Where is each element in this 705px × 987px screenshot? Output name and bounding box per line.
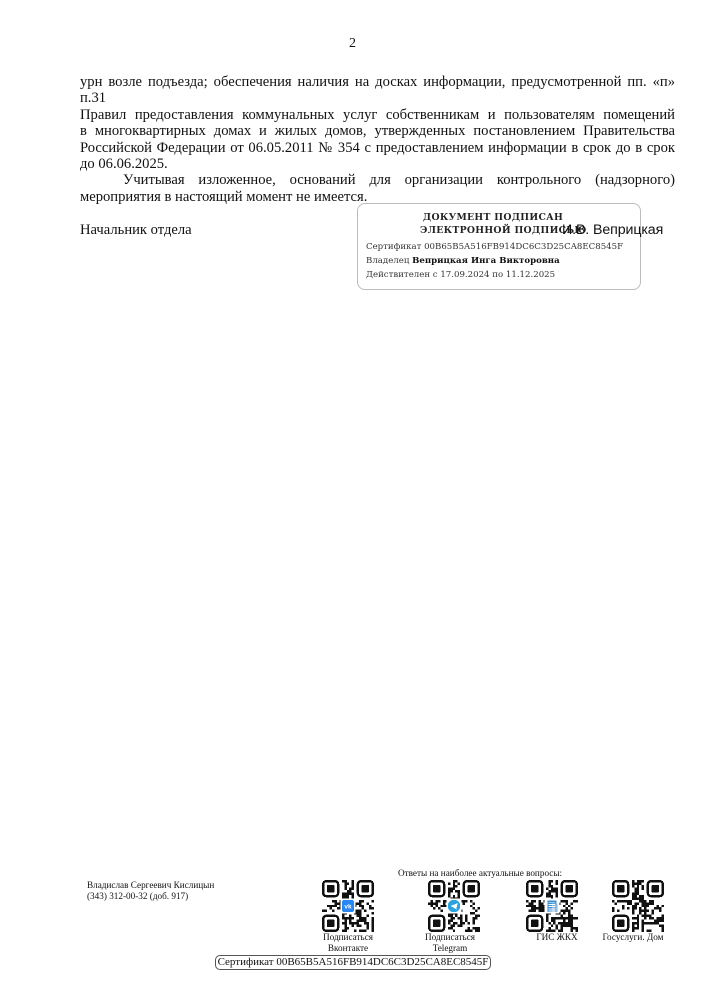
qr-label-line: Подписаться <box>318 932 378 943</box>
answers-label: Ответы на наиболее актуальные вопросы: <box>398 868 562 878</box>
body-line: урн возле подъезда; обеспечения наличия … <box>80 74 675 107</box>
body-line: Учитывая изложенное, оснований для орган… <box>80 172 675 188</box>
page-number: 2 <box>0 36 705 52</box>
qr-label-telegram: Подписаться Telegram <box>420 932 480 954</box>
qr-label-vk: Подписаться Вконтакте <box>318 932 378 954</box>
executor-info: Владислав Сергеевич Кислицын (343) 312-0… <box>87 880 214 903</box>
stamp-owner-label: Владелец <box>366 256 409 266</box>
body-line: Российской Федерации от 06.05.2011 № 354… <box>80 140 675 156</box>
qr-code-telegram[interactable] <box>427 880 481 932</box>
qr-label-gosuslugi-dom: Госуслуги. Дом <box>598 932 668 943</box>
stamp-certificate-value: 00B65B5A516FB914DC6C3D25CA8EC8545F <box>424 242 623 252</box>
qr-label-line: Подписаться <box>420 932 480 943</box>
stamp-validity: Действителен с 17.09.2024 по 11.12.2025 <box>366 270 555 280</box>
qr-code-vk[interactable]: vk <box>321 880 375 932</box>
executor-name: Владислав Сергеевич Кислицын <box>87 880 214 891</box>
qr-code-gis-zhkh[interactable] <box>525 880 579 932</box>
qr-label-line: Госуслуги. Дом <box>598 932 668 943</box>
body-line: Правил предоставления коммунальных услуг… <box>80 107 675 123</box>
executor-phone: (343) 312-00-32 (доб. 917) <box>87 891 214 902</box>
svg-text:vk: vk <box>344 904 352 911</box>
document-body: урн возле подъезда; обеспечения наличия … <box>80 74 675 205</box>
qr-label-line: Telegram <box>420 943 480 954</box>
signer-name: И.В. Веприцкая <box>562 222 663 238</box>
qr-label-gis-zhkh: ГИС ЖКХ <box>527 932 587 943</box>
stamp-certificate-label: Сертификат <box>366 242 421 252</box>
e-signature-stamp: ДОКУМЕНТ ПОДПИСАН ЭЛЕКТРОННОЙ ПОДПИСЬЮ С… <box>357 203 641 290</box>
signer-position: Начальник отдела <box>80 222 192 239</box>
stamp-certificate: Сертификат 00B65B5A516FB914DC6C3D25CA8EC… <box>366 242 623 252</box>
certificate-footer: Сертификат 00B65B5A516FB914DC6C3D25CA8EC… <box>215 955 491 970</box>
qr-label-line: ГИС ЖКХ <box>527 932 587 943</box>
body-line: в многоквартирных домах и жилых домов, у… <box>80 123 675 139</box>
stamp-owner-value: Веприцкая Инга Викторовна <box>412 256 560 266</box>
stamp-owner: Владелец Веприцкая Инга Викторовна <box>366 256 560 266</box>
body-line: до 06.06.2025. <box>80 156 675 172</box>
qr-label-line: Вконтакте <box>318 943 378 954</box>
qr-code-gosuslugi-dom[interactable] <box>611 880 665 932</box>
